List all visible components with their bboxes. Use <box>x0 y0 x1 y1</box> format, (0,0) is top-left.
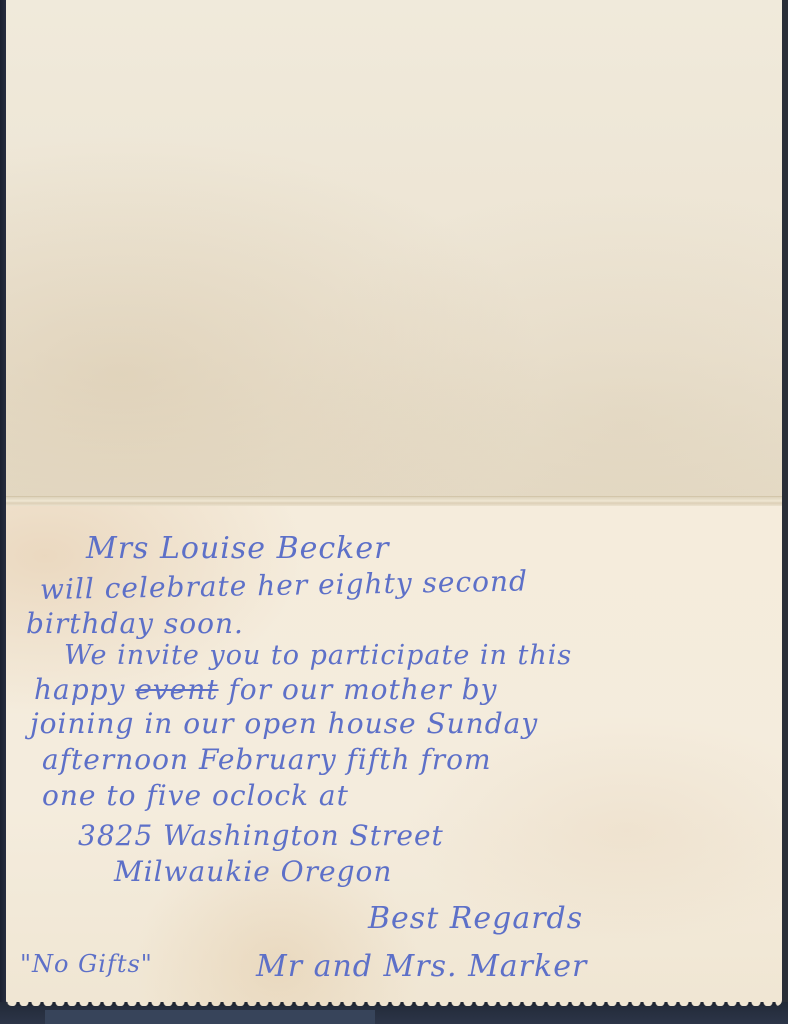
address-city: Milwaukie Oregon <box>114 858 392 886</box>
no-gifts-note: "No Gifts" <box>20 952 153 976</box>
card-lower-half: Mrs Louise Becker will celebrate her eig… <box>6 506 782 1006</box>
scanner-panel <box>45 1010 375 1024</box>
card-upper-half-blank <box>6 0 782 500</box>
honoree-name: Mrs Louise Becker <box>86 534 389 564</box>
struck-word: event <box>135 673 218 706</box>
line-4-rest: for our mother by <box>219 673 498 706</box>
message-line-6: afternoon February fifth from <box>42 746 492 774</box>
closing: Best Regards <box>368 904 583 934</box>
scanner-background-right <box>782 0 788 1024</box>
address-street: 3825 Washington Street <box>78 822 444 850</box>
signature: Mr and Mrs. Marker <box>256 952 587 982</box>
scalloped-edge <box>6 1002 782 1006</box>
message-line-3: We invite you to participate in this <box>64 642 572 669</box>
message-line-1: will celebrate her eighty second <box>40 567 528 604</box>
invitation-card: Mrs Louise Becker will celebrate her eig… <box>6 0 782 1006</box>
happy-word: happy <box>34 673 135 706</box>
message-line-5: joining in our open house Sunday <box>30 710 538 738</box>
message-line-4: happy event for our mother by <box>34 676 497 704</box>
message-line-2: birthday soon. <box>26 610 244 638</box>
message-line-7: one to five oclock at <box>42 782 349 810</box>
